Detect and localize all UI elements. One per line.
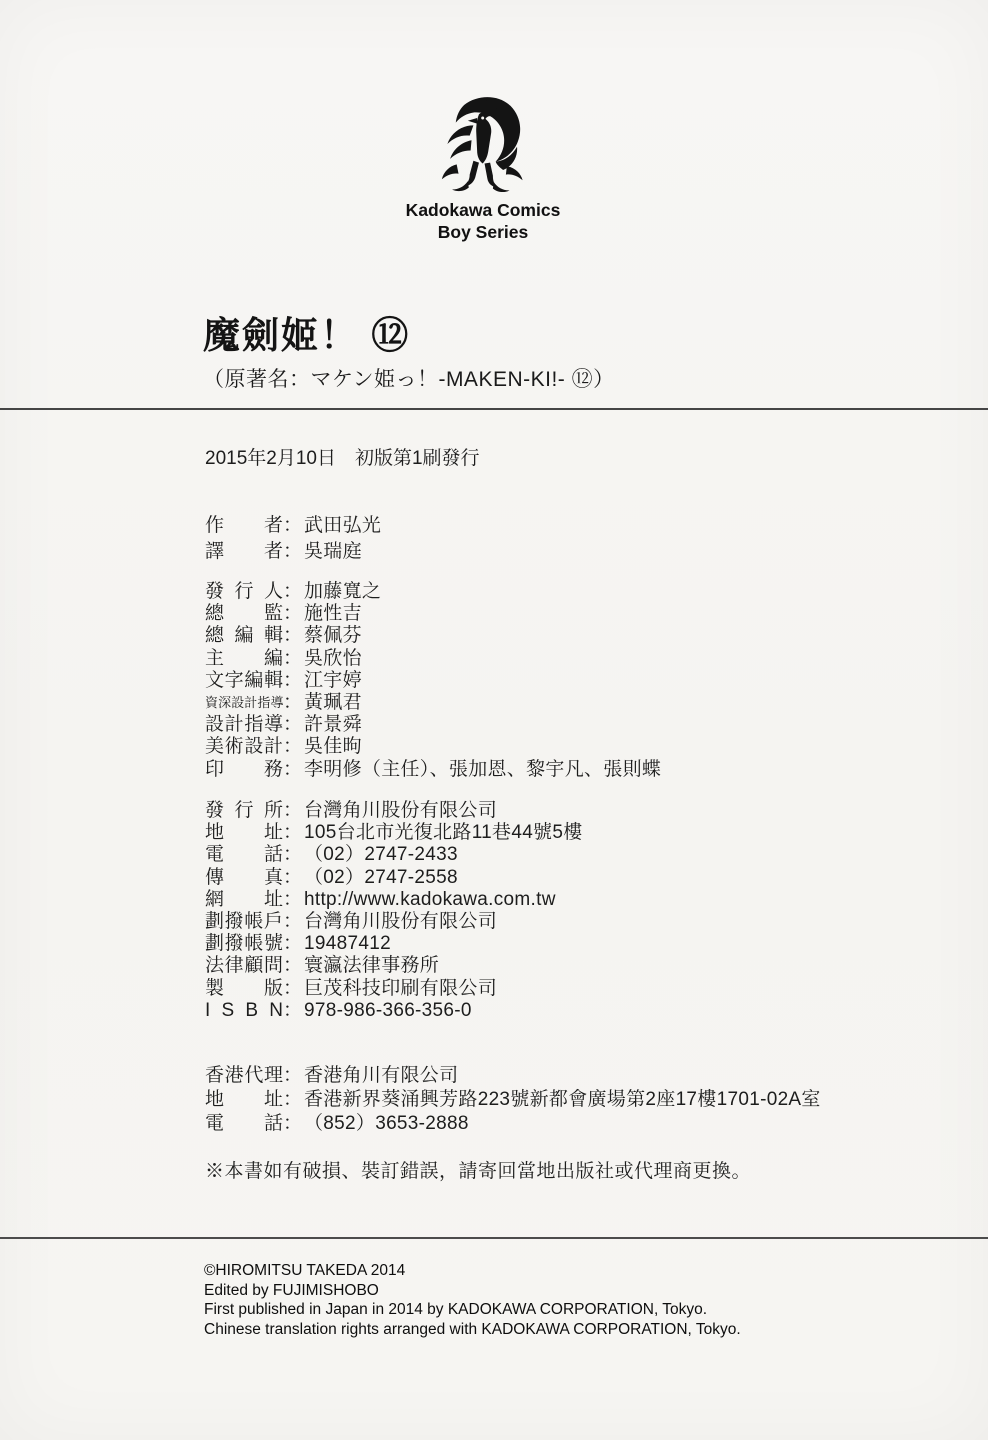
copyright-line: Chinese translation rights arranged with… xyxy=(204,1320,741,1340)
row-label: 香港代理 xyxy=(205,1064,283,1088)
credit-row: 設計指導：許景舜 xyxy=(205,714,661,736)
colon: ： xyxy=(283,1088,304,1112)
row-value: 香港新界葵涌興芳路223號新都會廣場第2座17樓1701-02A室 xyxy=(304,1089,821,1110)
agent-row: 香港代理：香港角川有限公司 xyxy=(205,1064,821,1088)
website-url: http://www.kadokawa.com.tw xyxy=(304,889,556,910)
row-label: 美術設計 xyxy=(205,736,283,758)
colon: ： xyxy=(283,692,304,714)
colon: ： xyxy=(283,800,304,822)
row-value: （02）2747-2433 xyxy=(304,844,458,865)
isbn-value: 978-986-366-356-0 xyxy=(304,1000,472,1021)
colon: ： xyxy=(283,822,304,844)
credit-row: 美術設計：吳佳昫 xyxy=(205,736,661,758)
row-label: 電話 xyxy=(205,1112,283,1136)
publisher-section: 發行所：台灣角川股份有限公司 地址：105台北市光復北路11巷44號5樓 電話：… xyxy=(205,800,583,1022)
row-value: 施性吉 xyxy=(304,603,362,624)
book-title: 魔劍姬！ ⑫ xyxy=(203,314,615,358)
row-value: 寰瀛法律事務所 xyxy=(304,955,439,976)
colon: ： xyxy=(283,670,304,692)
row-label: 地址 xyxy=(205,822,283,844)
publisher-row: 網址：http://www.kadokawa.com.tw xyxy=(205,889,583,911)
row-label: I S B N xyxy=(205,1000,283,1022)
row-value: 台灣角川股份有限公司 xyxy=(304,911,497,932)
row-label: 網址 xyxy=(205,889,283,911)
colon: ： xyxy=(283,955,304,977)
row-value: 香港角川有限公司 xyxy=(304,1065,458,1086)
row-value: 武田弘光 xyxy=(304,515,381,536)
damage-notice: ※本書如有破損、裝訂錯誤，請寄回當地出版社或代理商更換。 xyxy=(205,1156,751,1183)
publisher-row: 地址：105台北市光復北路11巷44號5樓 xyxy=(205,822,583,844)
row-value: 吳欣怡 xyxy=(304,648,362,669)
colon: ： xyxy=(283,513,304,539)
row-value: 吳瑞庭 xyxy=(304,541,362,562)
publisher-row: 法律顧問：寰瀛法律事務所 xyxy=(205,955,583,977)
colon: ： xyxy=(283,889,304,911)
row-label: 傳真 xyxy=(205,867,283,889)
row-label: 發行人 xyxy=(205,581,283,603)
agent-row: 地址：香港新界葵涌興芳路223號新都會廣場第2座17樓1701-02A室 xyxy=(205,1088,821,1112)
colon: ： xyxy=(283,625,304,647)
publisher-row: 製版：巨茂科技印刷有限公司 xyxy=(205,978,583,1000)
row-label: 總編輯 xyxy=(205,625,283,647)
publisher-row: 電話：（02）2747-2433 xyxy=(205,844,583,866)
row-value: 江宇婷 xyxy=(304,670,362,691)
publisher-row: 劃撥帳號：19487412 xyxy=(205,933,583,955)
row-value: 黃珮君 xyxy=(304,692,362,713)
hk-agent-section: 香港代理：香港角川有限公司 地址：香港新界葵涌興芳路223號新都會廣場第2座17… xyxy=(205,1064,821,1136)
row-value: 巨茂科技印刷有限公司 xyxy=(304,978,497,999)
credit-row: 主編：吳欣怡 xyxy=(205,648,661,670)
colon: ： xyxy=(283,581,304,603)
row-label: 電話 xyxy=(205,844,283,866)
colon: ： xyxy=(283,759,304,781)
row-label: 劃撥帳戶 xyxy=(205,911,283,933)
colon: ： xyxy=(283,911,304,933)
row-value: 19487412 xyxy=(304,933,391,954)
row-label: 印務 xyxy=(205,759,283,781)
credit-row: 資深設計指導：黃珮君 xyxy=(205,692,661,714)
credit-row: 印務：李明修（主任）、張加恩、黎宇凡、張則蝶 xyxy=(205,759,661,781)
copyright-line: Edited by FUJIMISHOBO xyxy=(204,1281,741,1301)
row-value: 加藤寬之 xyxy=(304,581,381,602)
row-value: 吳佳昫 xyxy=(304,736,362,757)
colon: ： xyxy=(283,1112,304,1136)
agent-row: 電話：（852）3653-2888 xyxy=(205,1112,821,1136)
row-label: 資深設計指導 xyxy=(205,692,283,714)
row-label: 製版 xyxy=(205,978,283,1000)
staff-section: 發行人：加藤寬之 總監：施性吉 總編輯：蔡佩芬 主編：吳欣怡 文字編輯：江宇婷 … xyxy=(205,581,661,781)
colon: ： xyxy=(283,1000,304,1022)
row-label: 設計指導 xyxy=(205,714,283,736)
bottom-divider xyxy=(0,1237,988,1239)
edition-line: 2015年2月10日 初版第1刷發行 xyxy=(205,443,480,470)
row-label: 發行所 xyxy=(205,800,283,822)
colon: ： xyxy=(283,844,304,866)
colon: ： xyxy=(283,539,304,565)
colon: ： xyxy=(283,867,304,889)
row-value: （02）2747-2558 xyxy=(304,867,458,888)
publisher-row: 劃撥帳戶：台灣角川股份有限公司 xyxy=(205,911,583,933)
colon: ： xyxy=(283,648,304,670)
colon: ： xyxy=(283,714,304,736)
credit-row: 總編輯：蔡佩芬 xyxy=(205,625,661,647)
logo-series-line2: Boy Series xyxy=(406,221,561,243)
credit-row: 總監：施性吉 xyxy=(205,603,661,625)
row-value: 許景舜 xyxy=(304,714,362,735)
publisher-logo: Kadokawa Comics Boy Series xyxy=(406,92,561,243)
logo-series-line1: Kadokawa Comics xyxy=(406,199,561,221)
copyright-line: First published in Japan in 2014 by KADO… xyxy=(204,1300,741,1320)
colon: ： xyxy=(283,603,304,625)
kadokawa-phoenix-icon xyxy=(434,92,532,196)
row-label: 地址 xyxy=(205,1088,283,1112)
author-section: 作者：武田弘光 譯者：吳瑞庭 xyxy=(205,513,381,565)
credit-row: 譯者：吳瑞庭 xyxy=(205,539,381,565)
publisher-row: 傳真：（02）2747-2558 xyxy=(205,867,583,889)
copyright-line: ©HIROMITSU TAKEDA 2014 xyxy=(204,1261,741,1281)
row-value: 台灣角川股份有限公司 xyxy=(304,800,497,821)
row-label: 法律顧問 xyxy=(205,955,283,977)
colon: ： xyxy=(283,978,304,1000)
colophon-page: Kadokawa Comics Boy Series 魔劍姬！ ⑫ （原著名：マ… xyxy=(0,0,988,1440)
row-label: 譯者 xyxy=(205,539,283,565)
colon: ： xyxy=(283,1064,304,1088)
copyright-block: ©HIROMITSU TAKEDA 2014 Edited by FUJIMIS… xyxy=(204,1261,741,1339)
credit-row: 文字編輯：江宇婷 xyxy=(205,670,661,692)
top-divider xyxy=(0,408,988,410)
colon: ： xyxy=(283,933,304,955)
row-label: 文字編輯 xyxy=(205,670,283,692)
row-value: 蔡佩芬 xyxy=(304,625,362,646)
row-value: 李明修（主任）、張加恩、黎宇凡、張則蝶 xyxy=(304,759,661,780)
row-label: 總監 xyxy=(205,603,283,625)
row-value: 105台北市光復北路11巷44號5樓 xyxy=(304,822,583,843)
row-value: （852）3653-2888 xyxy=(304,1113,469,1134)
original-title: （原著名：マケン姫っ！-MAKEN-KI!- ⑫） xyxy=(203,363,615,393)
publisher-row: 發行所：台灣角川股份有限公司 xyxy=(205,800,583,822)
isbn-row: I S B N：978-986-366-356-0 xyxy=(205,1000,583,1022)
row-label: 主編 xyxy=(205,648,283,670)
row-label: 劃撥帳號 xyxy=(205,933,283,955)
row-label: 作者 xyxy=(205,513,283,539)
credit-row: 作者：武田弘光 xyxy=(205,513,381,539)
credit-row: 發行人：加藤寬之 xyxy=(205,581,661,603)
colon: ： xyxy=(283,736,304,758)
